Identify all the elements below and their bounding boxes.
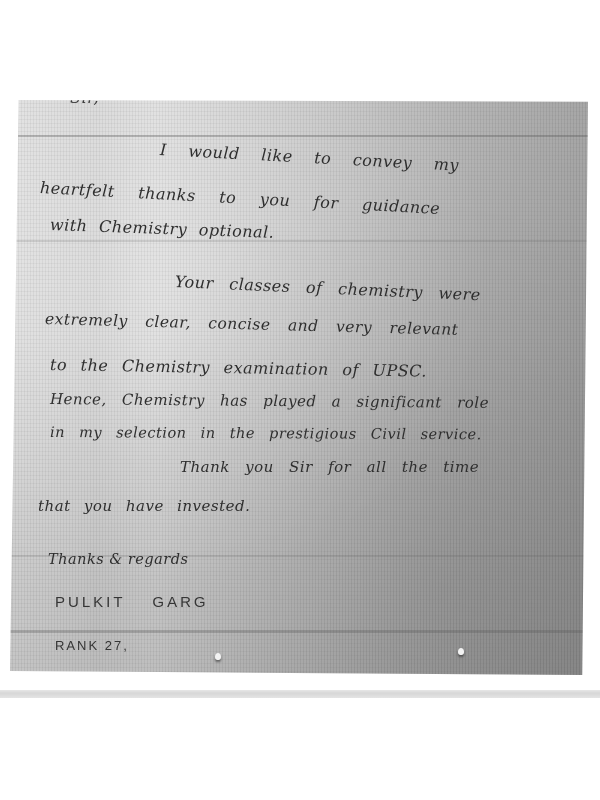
letter-line-7: Hence, Chemistry has played a significan… bbox=[50, 390, 489, 412]
letter-line-4: Your classes of chemistry were bbox=[175, 272, 482, 304]
letter-line-2: heartfelt thanks to you for guidance bbox=[40, 178, 441, 218]
letter-line-3: with Chemistry optional. bbox=[50, 215, 275, 242]
signature-name: PULKIT GARG bbox=[55, 594, 209, 611]
salutation: Sir, bbox=[70, 100, 99, 107]
letter-line-9: Thank you Sir for all the time bbox=[180, 458, 479, 476]
letter-line-8: in my selection in the prestigious Civil… bbox=[50, 425, 482, 443]
letter-line-1: I would like to convey my bbox=[160, 140, 460, 175]
scan-speck bbox=[215, 653, 221, 660]
ruled-line bbox=[10, 240, 588, 242]
letter-line-10: that you have invested. bbox=[38, 497, 250, 515]
letter-line-5: extremely clear, concise and very releva… bbox=[45, 310, 459, 339]
ruled-line bbox=[10, 630, 588, 633]
closing: Thanks & regards bbox=[48, 552, 188, 568]
scan-speck bbox=[458, 648, 464, 655]
page-divider bbox=[0, 690, 600, 698]
signature-rank: RANK 27, bbox=[55, 638, 129, 653]
letter-line-6: to the Chemistry examination of UPSC. bbox=[50, 355, 427, 381]
scanned-letter: Sir, I would like to convey my heartfelt… bbox=[10, 100, 588, 675]
ruled-line bbox=[10, 135, 588, 137]
page: Sir, I would like to convey my heartfelt… bbox=[0, 0, 600, 800]
